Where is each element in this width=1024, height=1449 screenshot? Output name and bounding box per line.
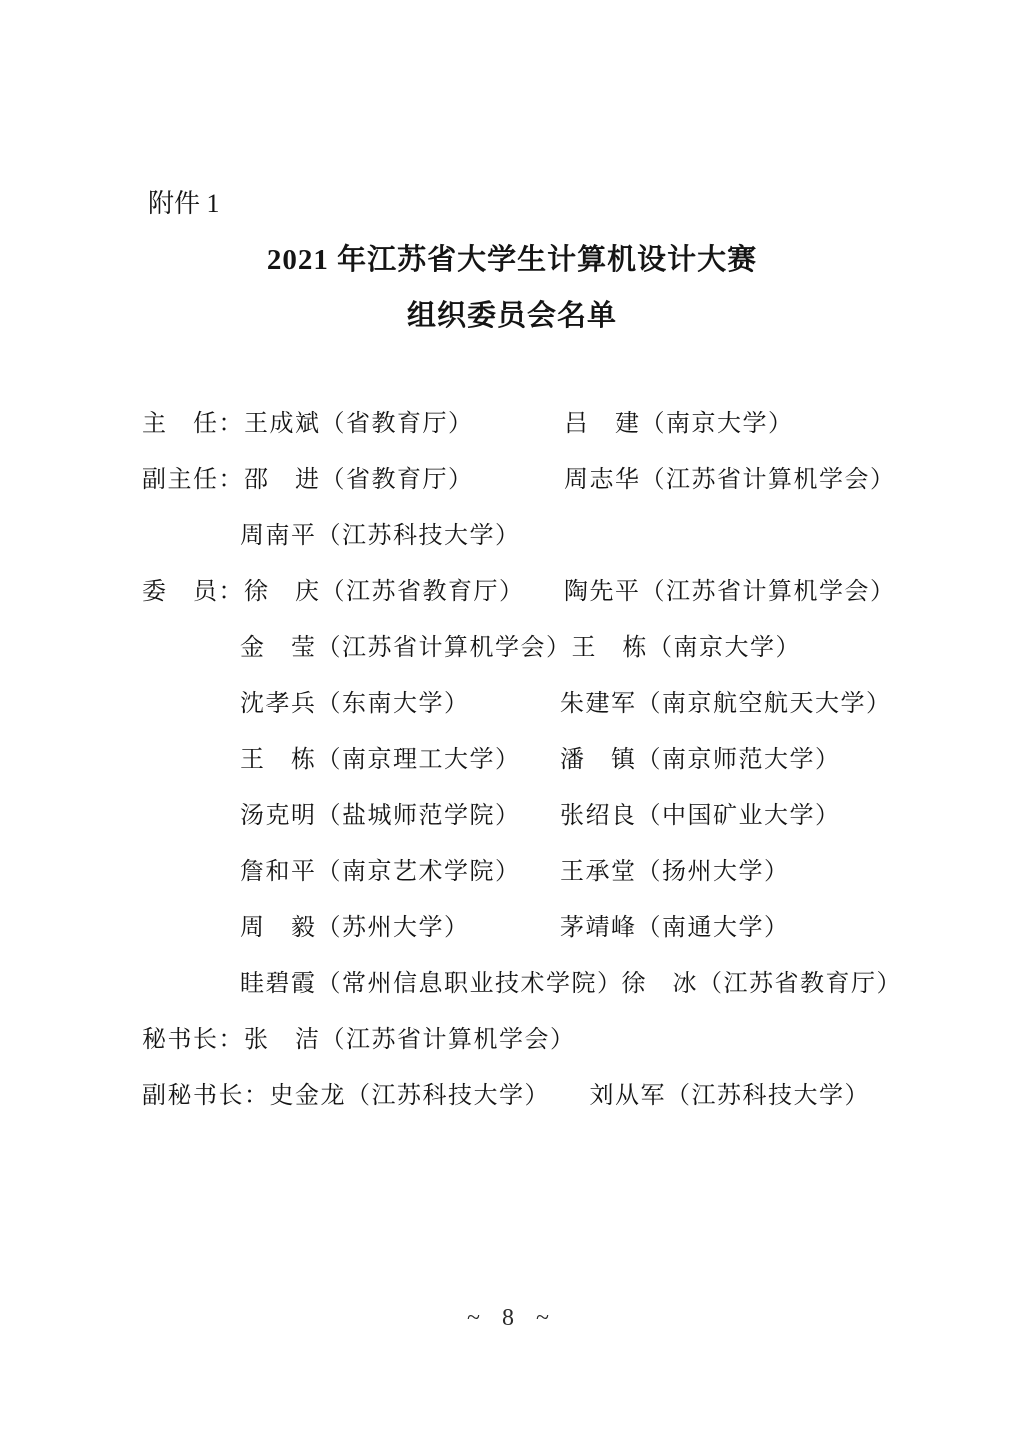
member-entry: 王 栋（南京大学） xyxy=(572,634,802,662)
member-entry: 张 洁（江苏省计算机学会） xyxy=(244,1026,576,1054)
member-entry: 眭碧霞（常州信息职业技术学院） xyxy=(240,970,622,998)
member-entry: 邵 进（省教育厅） xyxy=(244,466,564,494)
roster-row-secretary-general: 秘书长： 张 洁（江苏省计算机学会） xyxy=(142,1026,902,1054)
member-entry: 陶先平（江苏省计算机学会） xyxy=(564,578,896,606)
member-entry: 周志华（江苏省计算机学会） xyxy=(564,466,896,494)
document-subtitle: 组织委员会名单 xyxy=(0,299,1024,333)
member-entry: 王成斌（省教育厅） xyxy=(244,410,564,438)
roster-row-deputy-director: 副主任： 邵 进（省教育厅） 周志华（江苏省计算机学会） xyxy=(142,466,902,494)
committee-roster: 主 任： 王成斌（省教育厅） 吕 建（南京大学） 副主任： 邵 进（省教育厅） … xyxy=(142,410,902,1138)
member-entry: 周 毅（苏州大学） xyxy=(240,914,560,942)
member-entry: 詹和平（南京艺术学院） xyxy=(240,858,560,886)
member-entry: 周南平（江苏科技大学） xyxy=(240,522,560,550)
member-entry: 金 莹（江苏省计算机学会） xyxy=(240,634,572,662)
roster-row-member: 沈孝兵（东南大学） 朱建军（南京航空航天大学） xyxy=(142,690,902,718)
roster-row-deputy-secretary-general: 副秘书长： 史金龙（江苏科技大学） 刘从军（江苏科技大学） xyxy=(142,1082,902,1110)
page-number: ~ 8 ~ xyxy=(0,1303,1024,1333)
role-label: 主 任： xyxy=(142,410,244,438)
member-entry: 吕 建（南京大学） xyxy=(564,410,794,438)
member-entry: 刘从军（江苏科技大学） xyxy=(590,1082,871,1110)
member-entry: 王承堂（扬州大学） xyxy=(560,858,790,886)
roster-row-member: 詹和平（南京艺术学院） 王承堂（扬州大学） xyxy=(142,858,902,886)
roster-row-member: 汤克明（盐城师范学院） 张绍良（中国矿业大学） xyxy=(142,802,902,830)
member-entry: 王 栋（南京理工大学） xyxy=(240,746,560,774)
member-entry: 张绍良（中国矿业大学） xyxy=(560,802,841,830)
roster-row-member: 眭碧霞（常州信息职业技术学院） 徐 冰（江苏省教育厅） xyxy=(142,970,902,998)
member-entry: 朱建军（南京航空航天大学） xyxy=(560,690,892,718)
member-entry: 潘 镇（南京师范大学） xyxy=(560,746,841,774)
roster-row-director: 主 任： 王成斌（省教育厅） 吕 建（南京大学） xyxy=(142,410,902,438)
roster-row-member: 王 栋（南京理工大学） 潘 镇（南京师范大学） xyxy=(142,746,902,774)
role-label: 副秘书长： xyxy=(142,1082,270,1110)
document-title: 2021 年江苏省大学生计算机设计大赛 xyxy=(0,243,1024,277)
roster-row-member: 委 员： 徐 庆（江苏省教育厅） 陶先平（江苏省计算机学会） xyxy=(142,578,902,606)
role-label: 副主任： xyxy=(142,466,244,494)
roster-row-member: 金 莹（江苏省计算机学会） 王 栋（南京大学） xyxy=(142,634,902,662)
member-entry: 茅靖峰（南通大学） xyxy=(560,914,790,942)
member-entry: 汤克明（盐城师范学院） xyxy=(240,802,560,830)
attachment-label: 附件 1 xyxy=(148,188,220,220)
roster-row-deputy-director-cont: 周南平（江苏科技大学） xyxy=(142,522,902,550)
role-label: 秘书长： xyxy=(142,1026,244,1054)
member-entry: 史金龙（江苏科技大学） xyxy=(270,1082,590,1110)
document-page: 附件 1 2021 年江苏省大学生计算机设计大赛 组织委员会名单 主 任： 王成… xyxy=(0,0,1024,1449)
member-entry: 沈孝兵（东南大学） xyxy=(240,690,560,718)
role-label: 委 员： xyxy=(142,578,244,606)
member-entry: 徐 冰（江苏省教育厅） xyxy=(622,970,903,998)
member-entry: 徐 庆（江苏省教育厅） xyxy=(244,578,564,606)
roster-row-member: 周 毅（苏州大学） 茅靖峰（南通大学） xyxy=(142,914,902,942)
